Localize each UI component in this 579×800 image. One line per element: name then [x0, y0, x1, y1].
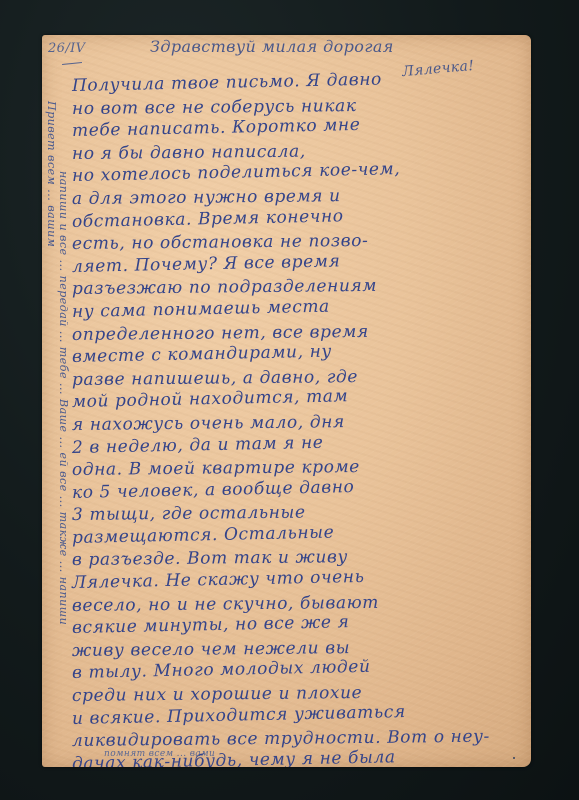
margin-note: напиши и все ... передай ... тебе ... Ва…: [57, 171, 70, 625]
letter-card: 26/IV Здравствуй милая дорогая Лялечка! …: [42, 35, 531, 767]
letter-date: 26/IV: [48, 41, 85, 56]
ink-dot: [513, 757, 515, 759]
letter-body: Получила твое письмо. Я давно но вот все…: [72, 75, 527, 767]
footer-note: помнят всем ... вами: [104, 749, 215, 759]
letter-greeting: Здравствуй милая дорогая: [150, 37, 394, 56]
left-margin-notes: Привет всем ... вашим напиши и все ... п…: [44, 101, 70, 761]
date-underline: [62, 62, 82, 65]
body-line: Получила твое письмо. Я давно: [72, 65, 527, 97]
